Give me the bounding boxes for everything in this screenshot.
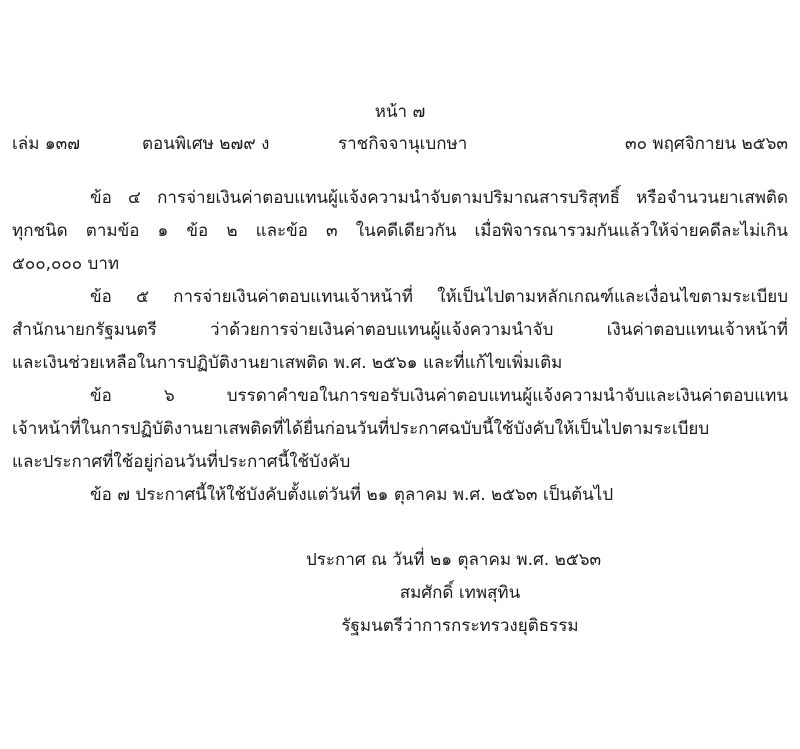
volume-label: เล่ม ๑๓๗ xyxy=(12,132,80,156)
clause-6-line-2: เจ้าหน้าที่ในการปฏิบัติงานยาเสพติดที่ได้… xyxy=(12,417,788,441)
clause-7-line-1: ข้อ ๗ ประกาศนี้ให้ใช้บังคับตั้งแต่วันที่… xyxy=(90,483,788,507)
section-label: ตอนพิเศษ ๒๗๙ ง xyxy=(142,132,269,156)
signatory-title: รัฐมนตรีว่าการกระทรวงยุติธรรม xyxy=(310,614,610,638)
gazette-page: หน้า ๗ เล่ม ๑๓๗ ตอนพิเศษ ๒๗๙ ง ราชกิจจาน… xyxy=(0,0,800,749)
announcement-date: ประกาศ ณ วันที่ ๒๑ ตุลาคม พ.ศ. ๒๕๖๓ xyxy=(306,548,601,572)
clause-4-line-3: ๕๐๐,๐๐๐ บาท xyxy=(12,252,788,276)
publication-date: ๓๐ พฤศจิกายน ๒๕๖๓ xyxy=(625,132,788,156)
clause-6-line-1: ข้อ ๖ บรรดาคำขอในการขอรับเงินค่าตอบแทนผู… xyxy=(90,384,788,408)
clause-5-line-3: และเงินช่วยเหลือในการปฏิบัติงานยาเสพติด … xyxy=(12,351,788,375)
clause-5-line-2: สำนักนายกรัฐมนตรี ว่าด้วยการจ่ายเงินค่าต… xyxy=(12,318,788,342)
clause-4-line-2: ทุกชนิด ตามข้อ ๑ ข้อ ๒ และข้อ ๓ ในคดีเดี… xyxy=(12,219,788,243)
page-number: หน้า ๗ xyxy=(0,100,800,124)
signatory-name: สมศักดิ์ เทพสุทิน xyxy=(310,581,610,605)
publication-title: ราชกิจจานุเบกษา xyxy=(338,132,467,156)
clause-4-line-1: ข้อ ๔ การจ่ายเงินค่าตอบแทนผู้แจ้งความนำจ… xyxy=(90,186,788,210)
clause-5-line-1: ข้อ ๕ การจ่ายเงินค่าตอบแทนเจ้าหน้าที่ ให… xyxy=(90,285,788,309)
clause-6-line-3: และประกาศที่ใช้อยู่ก่อนวันที่ประกาศนี้ใช… xyxy=(12,450,788,474)
